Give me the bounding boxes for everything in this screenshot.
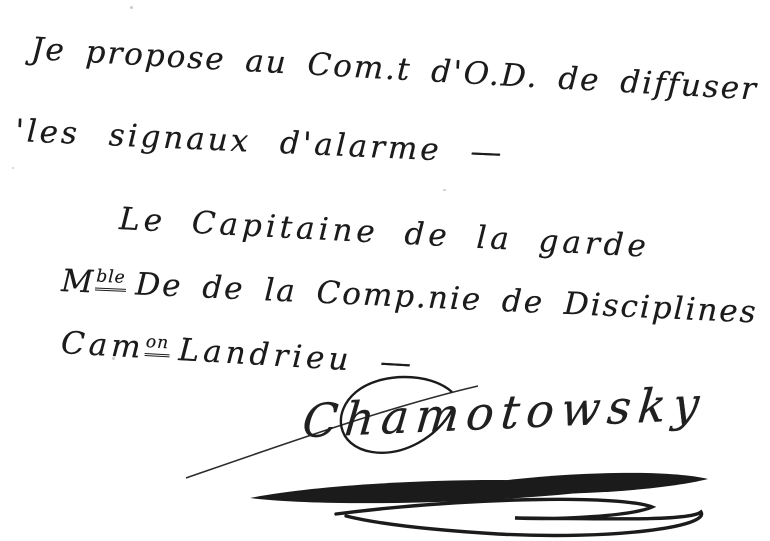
paraph-swash [336,499,702,535]
manuscript-line-4: MbleDe de la Comp.nie de Disciplines [61,266,759,329]
signature-name: Chamotowsky [300,376,708,448]
line-5-abbrev: Cam [60,325,146,366]
line-3-text: Le Capitaine de la garde [118,201,651,265]
line-5-text: Landrieu — [178,332,416,382]
line-4-superscript: ble [95,266,127,291]
signature: Chamotowsky [301,380,709,444]
scan-speckle [12,167,14,169]
manuscript-page: Je propose au Com.t d'O.D. de diffuser '… [0,0,770,541]
manuscript-line-3: Le Capitaine de la garde [118,204,650,263]
scan-speckle [443,189,446,191]
paraph-underline-1 [250,480,625,503]
manuscript-line-5: CamonLandrieu — [60,328,416,380]
paraph-underline-2 [445,473,708,494]
line-4-text: De de la Comp.nie de Disciplines [135,266,759,330]
manuscript-line-1: Je propose au Com.t d'O.D. de diffuser [30,34,758,106]
manuscript-line-2: 'les signaux d'alarme — [15,116,506,169]
line-4-abbrev: M [61,263,96,300]
line-5-superscript: on [144,332,171,357]
scan-speckle [130,6,133,9]
line-2-text: 'les signaux d'alarme — [15,113,506,171]
line-1-text: Je propose au Com.t d'O.D. de diffuser [30,31,759,108]
scan-speckle [112,357,115,360]
